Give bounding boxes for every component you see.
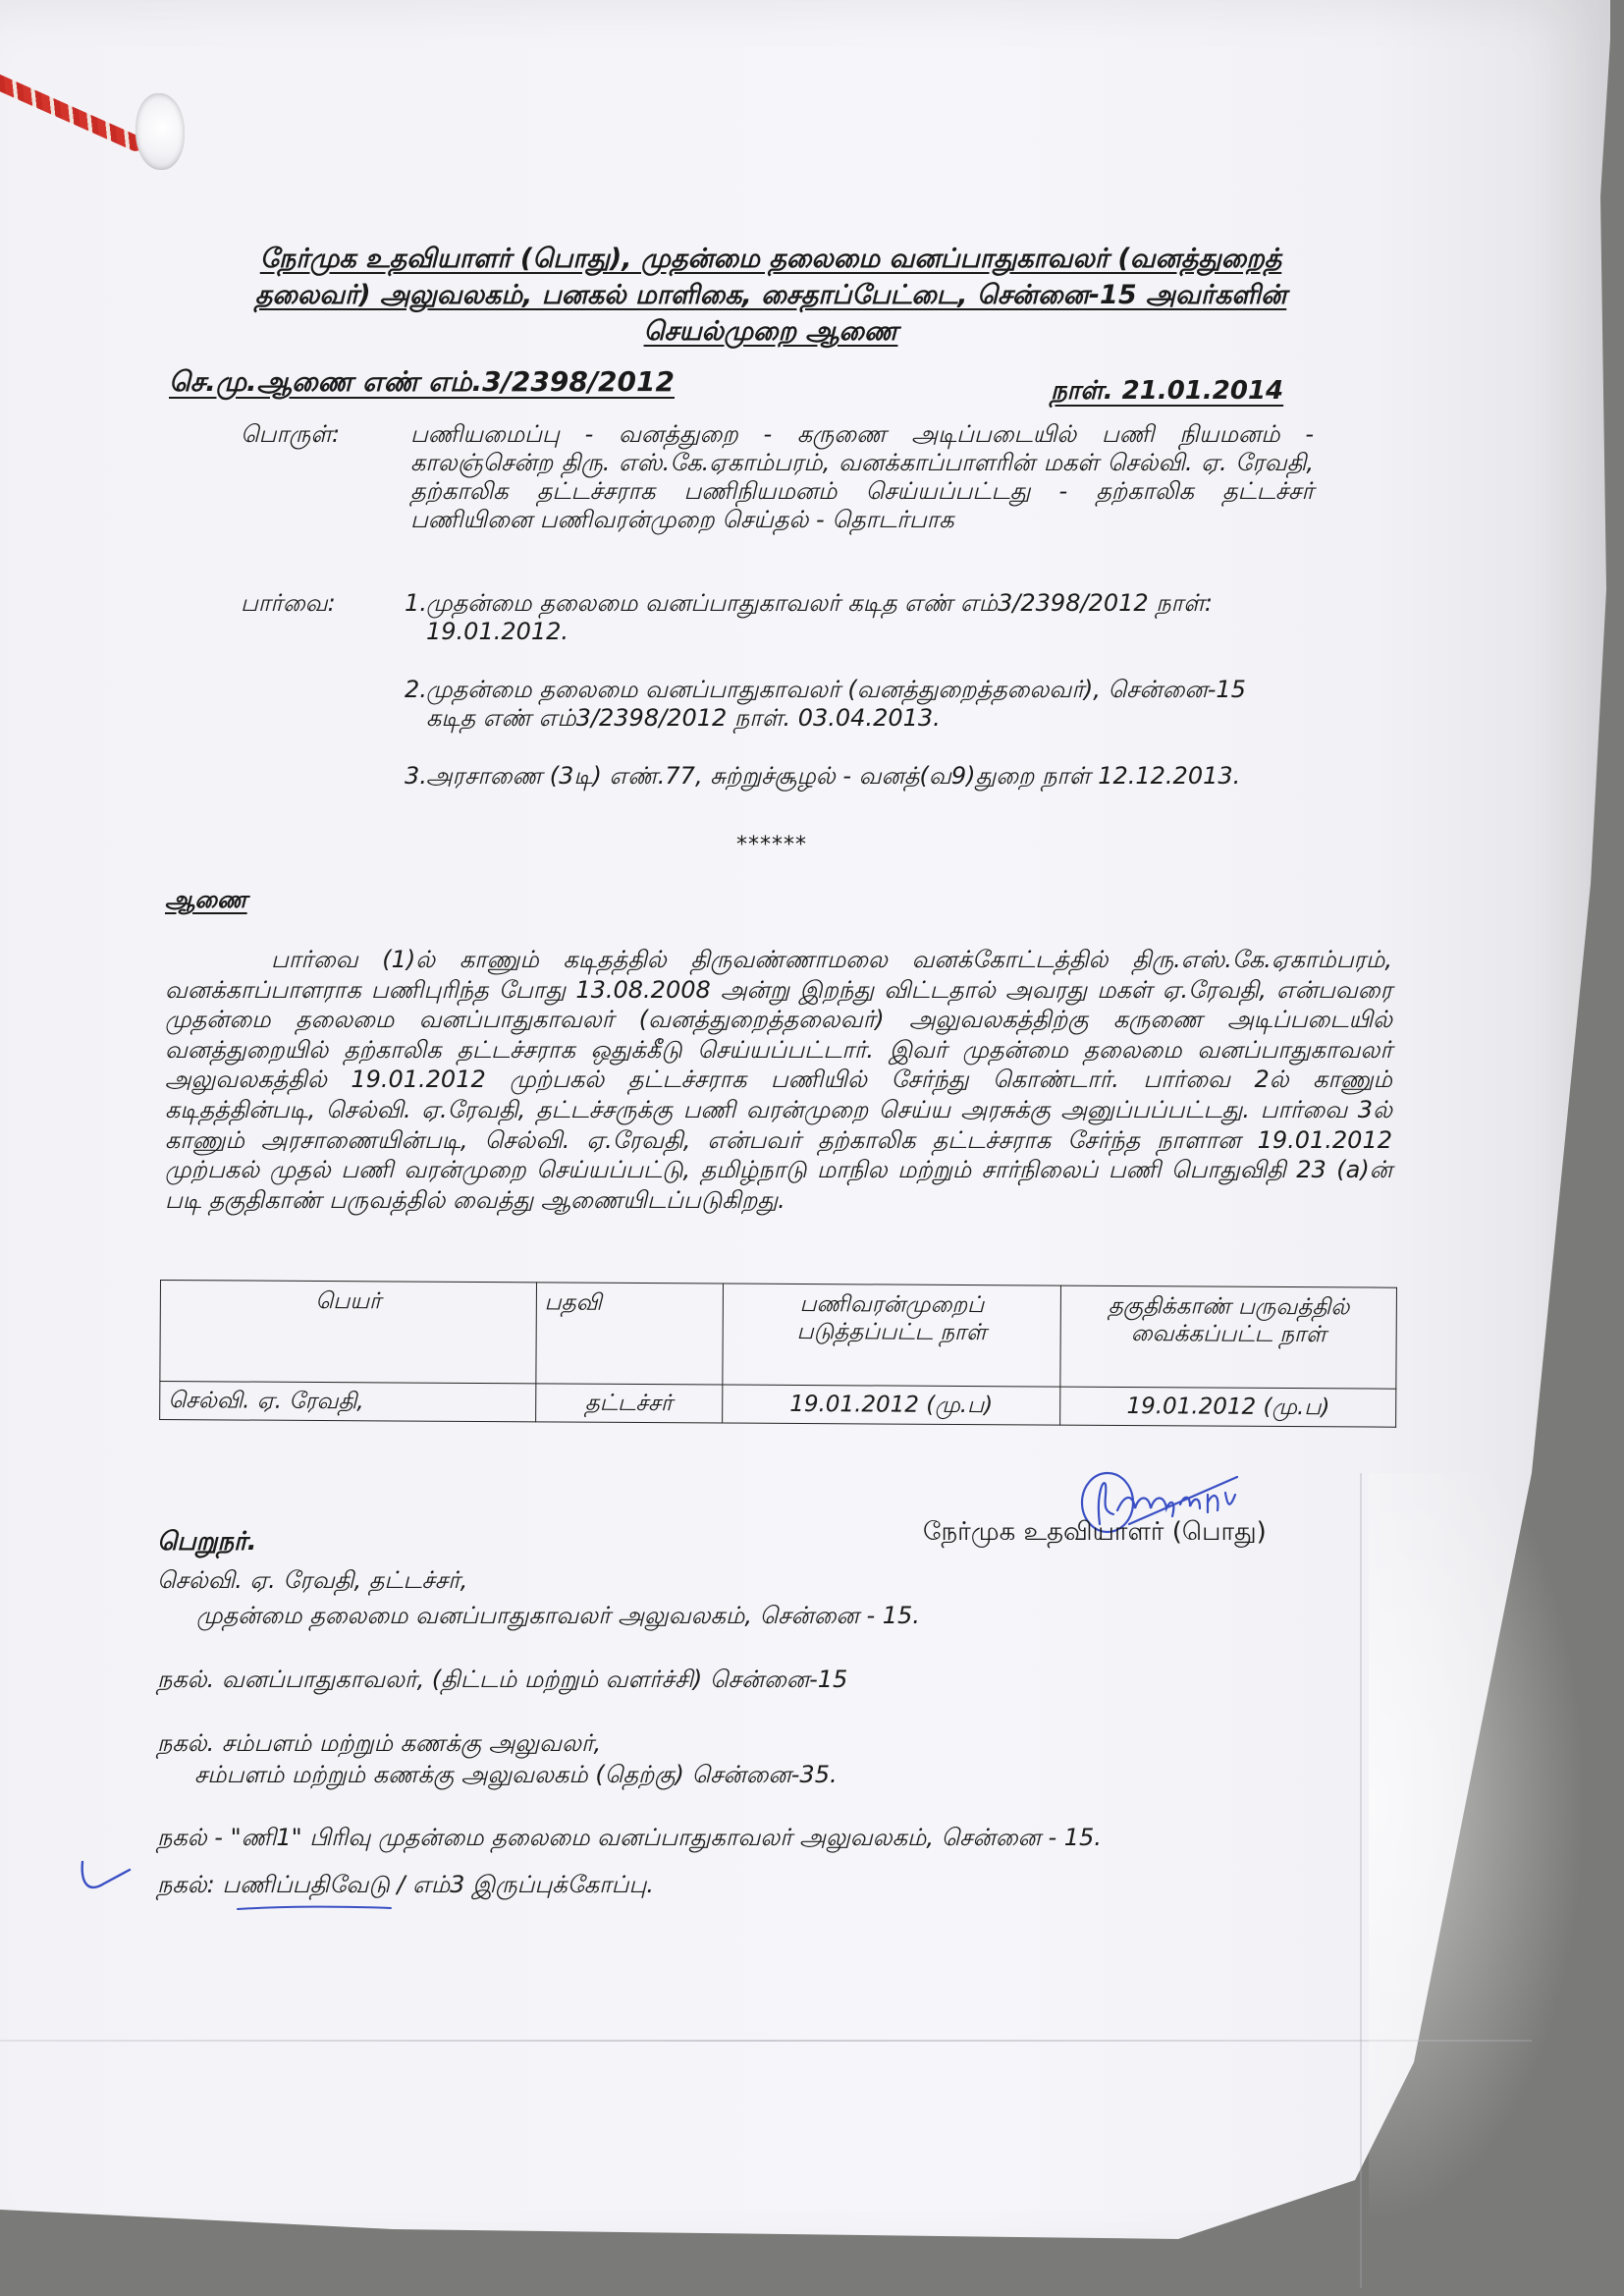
heading-line-2: தலைவர்) அலுவலகம், பனகல் மாளிகை, சைதாப்பே…	[255, 280, 1287, 310]
order-title: ஆணை	[165, 886, 247, 916]
table-header-row: பெயர் பதவி பணிவரன்முறைப் படுத்தப்பட்ட நா…	[160, 1281, 1397, 1390]
heading-line-3: செயல்முறை ஆணை	[644, 316, 898, 347]
header-post: பதவி	[536, 1283, 723, 1385]
copy-line-continued: சம்பளம் மற்றும் கணக்கு அலுவலகம் (தெற்கு)…	[194, 1760, 838, 1789]
cell-regularised-date: 19.01.2012 (மு.ப)	[722, 1385, 1060, 1425]
recipients-label: பெறுநர்.	[157, 1527, 256, 1559]
cell-post: தட்டச்சர்	[535, 1384, 722, 1423]
document-heading: நேர்முக உதவியாளர் (பொது), முதன்மை தலைமை …	[167, 241, 1375, 350]
reference-number: செ.மு.ஆணை எண் எம்.3/2398/2012	[169, 365, 675, 402]
reference-item: 1. முதன்மை தலைமை வனப்பாதுகாவலர் கடித எண்…	[405, 589, 1288, 646]
signatory-title: நேர்முக உதவியாளர் (பொது)	[923, 1517, 1267, 1550]
paper-fold-line-vertical	[1360, 1473, 1362, 2288]
header-regularised-date: பணிவரன்முறைப் படுத்தப்பட்ட நாள்	[722, 1284, 1061, 1387]
recipient-line-2: முதன்மை தலைமை வனப்பாதுகாவலர் அலுவலகம், ச…	[196, 1601, 920, 1630]
pen-underline-icon	[236, 1903, 393, 1913]
copy-line: நகல். சம்பளம் மற்றும் கணக்கு அலுவலர்,	[157, 1728, 601, 1758]
paper-fold-line	[0, 2040, 1532, 2042]
cell-probation-date: 19.01.2012 (மு.ப)	[1060, 1387, 1396, 1427]
order-body: பார்வை (1)ல் காணும் கடிதத்தில் திருவண்ணா…	[165, 945, 1392, 1215]
punch-hole-icon	[135, 93, 185, 170]
reference-item: 3. அரசாணை (3டி) எண்.77, சுற்றுச்சூழல் - …	[405, 762, 1288, 791]
references-label: பார்வை:	[241, 589, 336, 620]
recipient-line-1: செல்வி. ஏ. ரேவதி, தட்டச்சர்,	[157, 1565, 467, 1595]
subject-text: பணியமைப்பு - வனத்துறை - கருணை அடிப்படையி…	[410, 420, 1314, 534]
subject-label: பொருள்:	[241, 420, 340, 451]
table-row: செல்வி. ஏ. ரேவதி, தட்டச்சர் 19.01.2012 (…	[160, 1382, 1396, 1428]
copy-line: நகல். வனப்பாதுகாவலர், (திட்டம் மற்றும் வ…	[157, 1665, 847, 1694]
header-name: பெயர்	[160, 1281, 536, 1384]
appointment-table: பெயர் பதவி பணிவரன்முறைப் படுத்தப்பட்ட நா…	[159, 1280, 1397, 1428]
reference-item: 2. முதன்மை தலைமை வனப்பாதுகாவலர் (வனத்துற…	[405, 676, 1288, 733]
header-probation-date: தகுதிக்காண் பருவத்தில் வைக்கப்பட்ட நாள்	[1060, 1285, 1396, 1389]
section-separator: ******	[736, 833, 807, 857]
copy-line: நகல்: பணிப்பதிவேடு / எம்3 இருப்புக்கோப்ப…	[157, 1870, 654, 1899]
copy-line: நகல் - "ணி1" பிரிவு முதன்மை தலைமை வனப்பா…	[157, 1823, 1102, 1852]
order-date: நாள். 21.01.2014	[1051, 376, 1283, 409]
pen-tick-mark-icon	[75, 1854, 153, 1903]
cell-name: செல்வி. ஏ. ரேவதி,	[160, 1382, 536, 1422]
references-list: 1. முதன்மை தலைமை வனப்பாதுகாவலர் கடித எண்…	[405, 589, 1288, 820]
heading-line-1: நேர்முக உதவியாளர் (பொது), முதன்மை தலைமை …	[260, 244, 1282, 274]
